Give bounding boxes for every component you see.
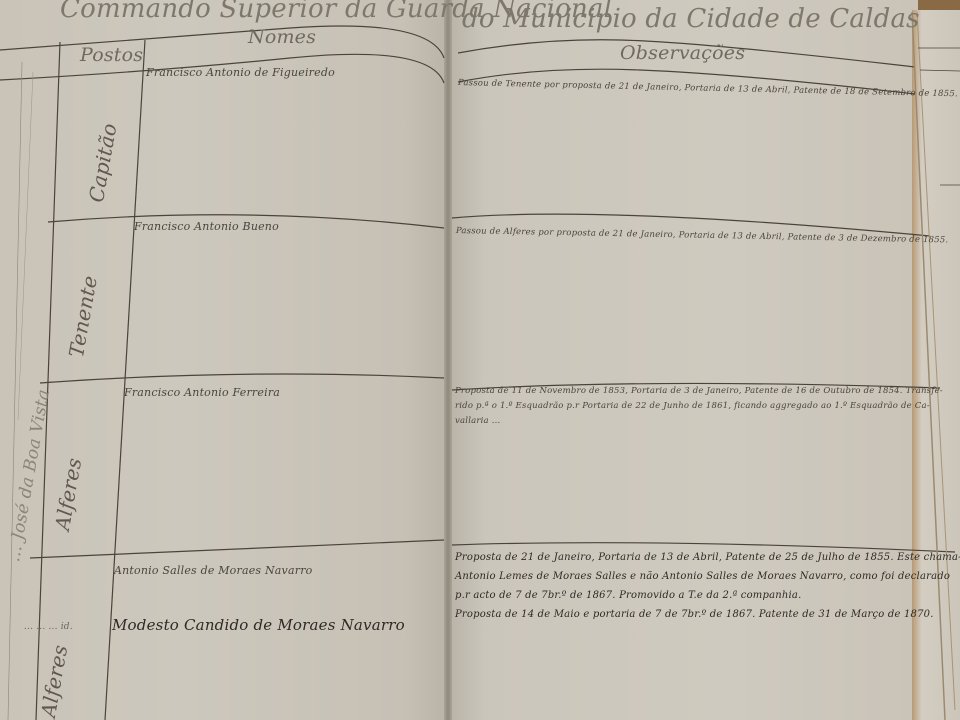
- name-row-1: Francisco Antonio de Figueiredo: [146, 66, 335, 79]
- name-row-4b-prefix: ... ... ... id.: [24, 622, 73, 632]
- observation-row-4: Proposta de 21 de Janeiro, Portaria de 1…: [455, 548, 960, 624]
- header-nomes: Nomes: [248, 26, 316, 48]
- observation-line: Proposta de 14 de Maio e portaria de 7 d…: [455, 605, 960, 624]
- observation-line: rido p.ª o 1.º Esquadrão p.r Portaria de…: [455, 399, 943, 414]
- observation-line: p.r acto de 7 de 7br.º de 1867. Promovid…: [455, 586, 960, 605]
- observation-row-3: Proposta de 11 de Novembro de 1853, Port…: [455, 384, 943, 429]
- name-row-3: Francisco Antonio Ferreira: [124, 386, 280, 399]
- header-observacoes: Observações: [620, 42, 745, 64]
- title-right: do Municipio da Cidade de Caldas: [462, 4, 920, 34]
- name-row-4: Antonio Salles de Moraes Navarro: [114, 564, 312, 577]
- observation-line: Proposta de 21 de Janeiro, Portaria de 1…: [455, 548, 960, 567]
- observation-line: vallaria ...: [455, 414, 943, 429]
- name-row-4b: Modesto Candido de Moraes Navarro: [112, 616, 405, 634]
- header-postos: Postos: [80, 44, 143, 66]
- ledger-book: Commando Superior da Guarda Nacional do …: [0, 0, 960, 720]
- name-row-2: Francisco Antonio Bueno: [134, 220, 279, 233]
- observation-line: Antonio Lemes de Moraes Salles e não Ant…: [455, 567, 960, 586]
- observation-line: Proposta de 11 de Novembro de 1853, Port…: [455, 384, 943, 399]
